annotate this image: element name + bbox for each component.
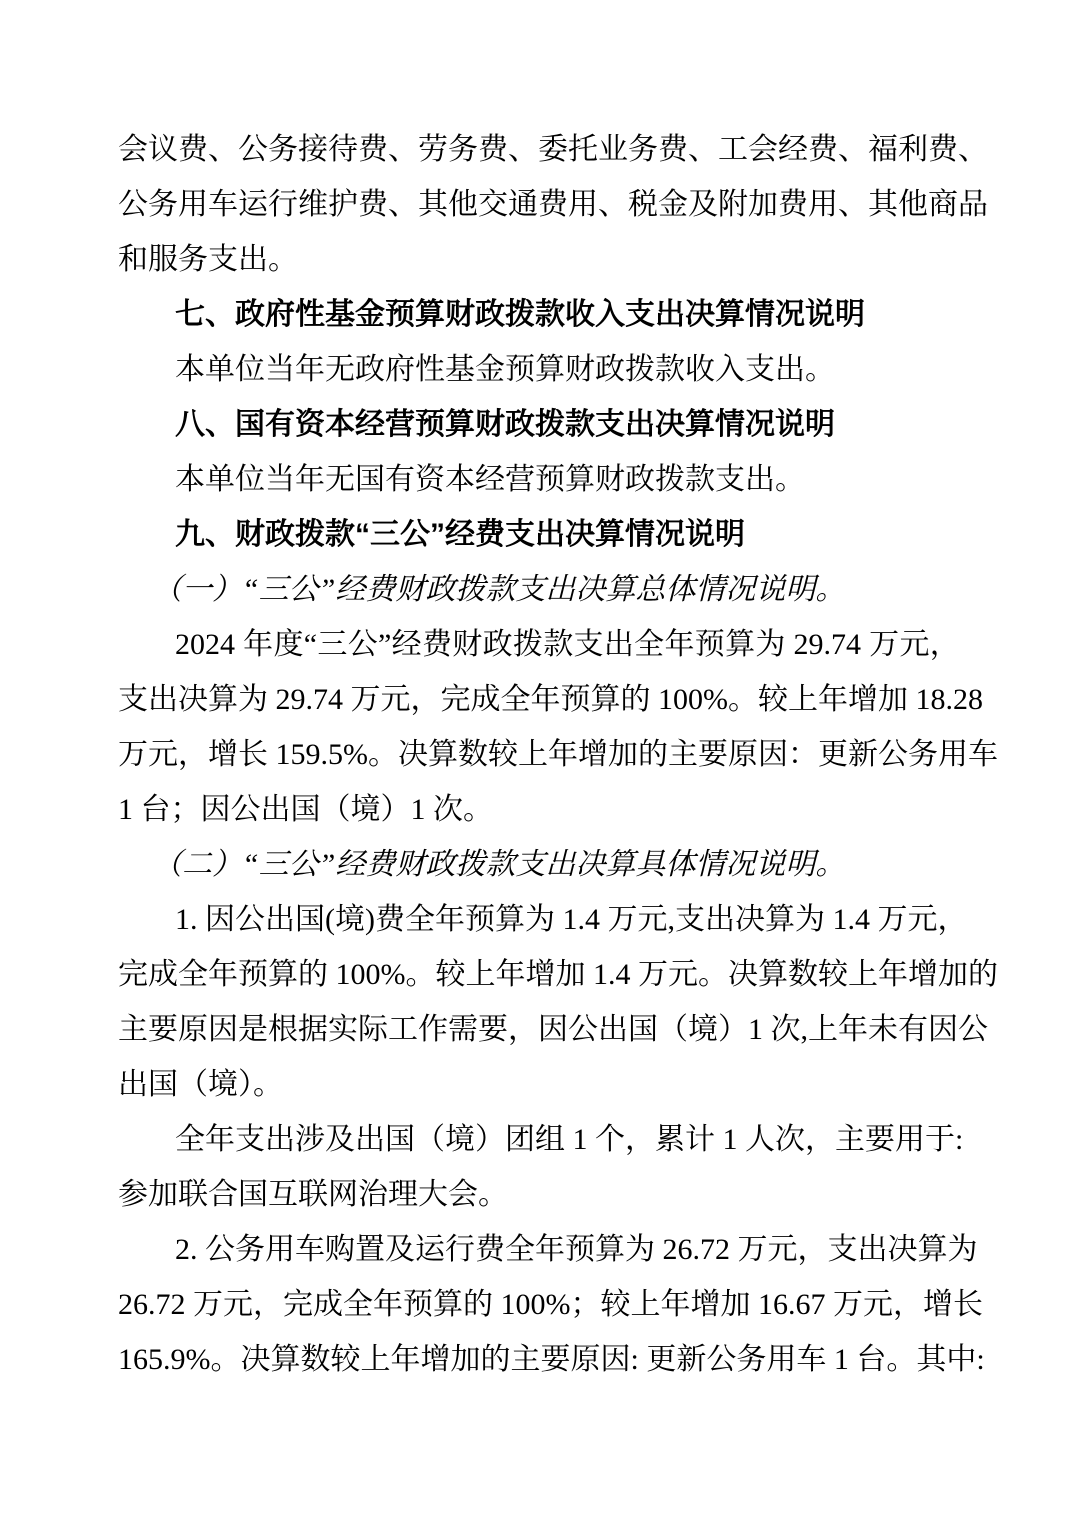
text-token: 的 [463,1277,493,1332]
text-token: 元 [899,617,929,672]
text-token: 加 [556,947,586,1002]
text-token: 。 [728,672,758,727]
text-token: 出 [355,1112,385,1167]
text-token: 费 [358,122,388,177]
text-token: 上 [466,947,496,1002]
text-token: 为 [755,617,785,672]
text-token: 要 [541,1332,571,1387]
text-token: 年 [391,1332,421,1387]
text-token: 年 [435,892,465,947]
paragraph-line: 公务用车运行维护费、其他交通费用、税金及附加费用、其他商品 [118,177,960,232]
text-token: 为 [525,892,555,947]
text-token: 29.74 [276,672,344,727]
text-token [493,1277,501,1332]
text-token: 为 [238,672,268,727]
text-token: 全 [634,617,664,672]
text-token: 购 [325,1222,355,1277]
text-token: 费 [538,177,568,232]
text-token: 新 [848,727,878,782]
text-token [600,892,608,947]
text-token [763,1002,771,1057]
text-token: 元 [638,892,668,947]
text-token: 是 [238,1002,268,1057]
text-token: 26.72 [663,1222,731,1277]
text-token: 他 [898,177,928,232]
text-token: 全 [501,672,531,727]
text-token: 国 [295,892,325,947]
text-token: 支 [828,1222,858,1277]
text-token: 际 [358,1002,388,1057]
text-token: 经 [392,617,422,672]
paragraph-line: 2. 公务用车购置及运行费全年预算为 26.72 万元，支出决算为 [118,1222,960,1277]
text-token: 用 [265,1222,295,1277]
text-token [639,1332,647,1387]
text-token: 较 [818,947,848,1002]
text-token: 加 [721,1277,751,1332]
text-token: 有 [898,1002,928,1057]
text-token: 根 [268,1002,298,1057]
text-token: 未 [868,1002,898,1057]
section-heading: 九、财政拨款“三公”经费支出决算情况说明 [118,507,960,562]
text-token: 费 [808,122,838,177]
text-token: 元 [381,672,411,727]
text-token: 款 [543,617,573,672]
text-token: 用 [178,177,208,232]
text-token: ： [788,727,818,782]
text-token: 万 [608,892,638,947]
text-token: 万 [738,1222,768,1277]
text-token: 车 [295,1222,325,1277]
text-token: 18.28 [916,672,984,727]
text-token: 年 [535,1222,565,1277]
text-token: 其 [868,177,898,232]
text-token [268,727,276,782]
text-token: 会 [748,122,778,177]
text-token: 支 [675,892,705,947]
text-token: 较 [601,1277,631,1332]
text-token: 年 [496,947,526,1002]
text-token: 公 [235,892,265,947]
text-token: 算 [428,727,458,782]
text-token: 。 [698,947,728,1002]
text-token: 原 [571,1332,601,1387]
text-token: 主 [835,1112,865,1167]
section-heading: 七、政府性基金预算财政拨款收入支出决算情况说明 [118,287,960,342]
text-token: 次 [771,1002,801,1057]
text-token: 拨 [513,617,543,672]
text-token: 元 [908,892,938,947]
text-token [849,1332,857,1387]
paragraph-line: 支出决算为 29.74 万元，完成全年预算的 100%。较上年增加 18.28 [118,672,960,727]
text-token: ， [508,1002,538,1057]
paragraph-line: 会议费、公务接待费、劳务费、委托业务费、工会经费、福利费、 [118,122,960,177]
text-token: 因 [205,892,235,947]
text-token: 万 [351,672,381,727]
text-token: 决 [178,672,208,727]
text-token [235,617,243,672]
text-token: 国 [385,1112,415,1167]
text-token: 务 [448,122,478,177]
text-token [198,892,206,947]
text-token: 100% [336,947,406,1002]
text-token: ， [805,1112,835,1167]
text-token: 他 [448,177,478,232]
text-token: ） [718,1002,748,1057]
text-token: 主 [511,1332,541,1387]
text-token: 于 [925,1112,955,1167]
text-token [908,672,916,727]
text-token: 长 [238,727,268,782]
text-token: 工 [388,1002,418,1057]
text-token: 较 [331,1332,361,1387]
text-token: 因 [538,1002,568,1057]
text-token: 境 [335,892,365,947]
text-token: 决 [398,727,428,782]
text-token: 上 [848,947,878,1002]
text-token: 年 [243,617,273,672]
text-token: 福 [868,122,898,177]
text-token: 年 [664,617,694,672]
text-token: ， [625,1112,655,1167]
text-token: 1.4 [593,947,631,1002]
text-token: 数 [301,1332,331,1387]
text-token: 的 [621,672,651,727]
text-token: 因 [208,1002,238,1057]
text-token: ) [365,892,375,947]
text-token: ， [253,1277,283,1332]
text-token: 要 [698,727,728,782]
text-token: 加 [878,672,908,727]
text-token: 决 [241,1332,271,1387]
text-token: 加 [938,947,968,1002]
text-token: 、 [688,122,718,177]
text-token: 年 [818,672,848,727]
text-token: 1. [175,892,198,947]
text-token [730,1222,738,1277]
text-token: 费 [928,122,958,177]
text-token: 1 [834,1332,849,1387]
text-token [555,892,563,947]
text-token: 费 [478,122,508,177]
text-token: 委 [538,122,568,177]
text-token: ” [378,617,391,672]
text-token: 主 [118,1002,148,1057]
text-token: 上 [361,1332,391,1387]
text-token: 作 [418,1002,448,1057]
text-token: 为 [625,1222,655,1277]
text-token [631,947,639,1002]
paragraph-line: 1. 因公出国(境)费全年预算为 1.4 万元,支出决算为 1.4 万元， [118,892,960,947]
text-token: 增 [848,672,878,727]
text-token: 上 [518,727,548,782]
text-token: 车 [968,727,998,782]
text-token: 中 [946,1332,976,1387]
text-token: 年 [838,1002,868,1057]
text-token: 务 [268,122,298,177]
text-token: 算 [495,892,525,947]
text-token: 预 [561,672,591,727]
text-token: ， [938,892,968,947]
text-token: 年 [373,1277,403,1332]
text-token: 更 [646,1332,676,1387]
text-token: , [668,892,676,947]
text-token: 计 [685,1112,715,1167]
text-token: 用 [568,177,598,232]
text-token: 据 [298,1002,328,1057]
text-token: 增 [421,1332,451,1387]
text-token: 公 [706,1332,736,1387]
text-token: 托 [568,122,598,177]
text-token: 1.4 [563,892,601,947]
text-token: 加 [748,177,778,232]
text-token: 原 [728,727,758,782]
text-token: 。 [406,947,436,1002]
text-token: 出 [265,1112,295,1167]
text-token [826,1277,834,1332]
text-token: 、 [508,122,538,177]
text-token: 财 [452,617,482,672]
text-token: 万 [118,727,148,782]
text-token: 1.4 [833,892,871,947]
text-token: 1 [723,1112,738,1167]
text-token: ， [798,1222,828,1277]
text-token: 商 [928,177,958,232]
text-token: 度 [273,617,303,672]
text-token: 算 [758,947,788,1002]
text-token: 100% [501,1277,571,1332]
text-token [198,1222,206,1277]
text-token: 累 [655,1112,685,1167]
text-token: ） [475,1112,505,1167]
text-token: 经 [778,122,808,177]
text-token [651,672,659,727]
text-token: 国 [628,1002,658,1057]
text-token: “ [304,617,317,672]
text-token: 运 [415,1222,445,1277]
text-token: 完 [441,672,471,727]
text-token: 待 [328,122,358,177]
text-token: 万 [833,1277,863,1332]
text-token: 元 [223,1277,253,1332]
text-token: 算 [271,1332,301,1387]
text-token [870,892,878,947]
paragraph-line: 和服务支出。 [118,232,960,287]
text-token: 、 [208,122,238,177]
text-token: 1 [748,1002,763,1057]
text-token: 出 [705,892,735,947]
text-token: 通 [508,177,538,232]
text-token: 金 [658,177,688,232]
text-token: 因 [928,1002,958,1057]
text-token: 务 [908,727,938,782]
text-token: 业 [598,122,628,177]
text-token: 成 [313,1277,343,1332]
text-token: 公 [878,727,908,782]
text-token: 费 [778,177,808,232]
text-token: : [955,1112,963,1167]
text-token [328,947,336,1002]
subsection-heading: （一）“三公”经费财政拨款支出决算总体情况说明。 [118,562,960,617]
text-token: 算 [591,672,621,727]
text-token: 税 [628,177,658,232]
text-token: 因 [601,1332,631,1387]
text-token: 、 [838,177,868,232]
text-token: 加 [608,727,638,782]
text-token: 2024 [175,617,235,672]
text-token: 165.9% [118,1332,211,1387]
paragraph-line: 完成全年预算的 100%。较上年增加 1.4 万元。决算数较上年增加的 [118,947,960,1002]
text-token: 工 [718,122,748,177]
text-token [826,1332,834,1387]
text-token [786,617,794,672]
text-token: 公 [958,1002,988,1057]
text-token: 算 [725,617,755,672]
paragraph-line: 本单位当年无政府性基金预算财政拨款收入支出。 [118,342,960,397]
text-token: 、 [838,122,868,177]
text-token: 决 [728,947,758,1002]
text-token: ， [893,1277,923,1332]
text-token: 算 [765,892,795,947]
text-token: 台 [856,1332,886,1387]
text-token: 1 [573,1112,588,1167]
text-token: 劳 [418,122,448,177]
text-token: 增 [208,727,238,782]
text-token: 决 [735,892,765,947]
text-token: 出 [858,1222,888,1277]
text-token: 元 [863,1277,893,1332]
text-token: 组 [535,1112,565,1167]
text-token: 的 [638,727,668,782]
text-token: 29.74 [794,617,862,672]
text-token: 出 [604,617,634,672]
text-token: 元 [668,947,698,1002]
text-token: 支 [574,617,604,672]
text-token: ( [325,892,335,947]
text-token: 三 [317,617,347,672]
text-token: 算 [268,947,298,1002]
text-token: 公 [568,1002,598,1057]
text-token: ， [930,617,960,672]
text-token: 26.72 [118,1277,186,1332]
text-token: 加 [451,1332,481,1387]
text-token: 及 [688,177,718,232]
text-token: 全 [405,892,435,947]
text-token: 支 [235,1112,265,1167]
text-token: 品 [958,177,988,232]
text-token: 车 [208,177,238,232]
text-token: ； [571,1277,601,1332]
text-token: 会 [118,122,148,177]
text-token: 、 [388,177,418,232]
text-token: 较 [758,672,788,727]
paragraph-line: 本单位当年无国有资本经营预算财政拨款支出。 [118,452,960,507]
text-token: 要 [148,1002,178,1057]
text-token: 年 [205,1112,235,1167]
text-token: 主 [668,727,698,782]
text-token: 较 [436,947,466,1002]
text-token: 需 [448,1002,478,1057]
text-token: 务 [736,1332,766,1387]
text-token: 利 [898,122,928,177]
text-token: 万 [193,1277,223,1332]
text-token: 实 [328,1002,358,1057]
text-token: 用 [895,1112,925,1167]
text-token: 车 [796,1332,826,1387]
text-token: 及 [325,1112,355,1167]
text-token: 。 [211,1332,241,1387]
text-token: 务 [148,177,178,232]
text-token: 增 [578,727,608,782]
text-token [751,1277,759,1332]
text-token: 新 [676,1332,706,1387]
text-token: 境 [688,1002,718,1057]
text-token: 。 [886,1332,916,1387]
text-token: 、 [388,122,418,177]
text-token: 全 [175,1112,205,1167]
text-token: 元 [148,727,178,782]
paragraph-line: 万元，增长 159.5%。决算数较上年增加的主要原因：更新公务用车 [118,727,960,782]
text-token: 团 [505,1112,535,1167]
text-token: 增 [923,1277,953,1332]
text-token: ， [178,727,208,782]
paragraph-line: 参加联合国互联网治理大会。 [118,1167,960,1222]
text-token: 其 [418,177,448,232]
subsection-heading: （二）“三公”经费财政拨款支出决算具体情况说明。 [118,837,960,892]
text-token: 接 [298,122,328,177]
text-token: 次 [775,1112,805,1167]
text-token: 费 [375,892,405,947]
text-token: 因 [758,727,788,782]
text-token: 上 [631,1277,661,1332]
text-token: 2. [175,1222,198,1277]
document-content: 会议费、公务接待费、劳务费、委托业务费、工会经费、福利费、公务用车运行维护费、其… [118,122,960,1387]
document-page: 会议费、公务接待费、劳务费、委托业务费、工会经费、福利费、公务用车运行维护费、其… [0,0,1074,1520]
paragraph-line: 165.9%。决算数较上年增加的主要原因: 更新公务用车 1 台。其中: [118,1332,960,1387]
text-token [565,1112,573,1167]
text-token: 成 [471,672,501,727]
text-token: （ [415,1112,445,1167]
text-token: ， [411,672,441,727]
text-token: 行 [268,177,298,232]
text-token: 个 [595,1112,625,1167]
text-token: 算 [918,1222,948,1277]
text-token [655,1222,663,1277]
text-token: 更 [818,727,848,782]
text-token: 支 [118,672,148,727]
text-token: 全 [505,1222,535,1277]
text-token: 、 [958,122,988,177]
text-token: 费 [178,122,208,177]
text-token: 元 [768,1222,798,1277]
section-heading: 八、国有资本经营预算财政拨款支出决算情况说明 [118,397,960,452]
text-token: 年 [661,1277,691,1332]
text-token: （ [658,1002,688,1057]
text-token: 交 [478,177,508,232]
text-token: 及 [385,1222,415,1277]
text-token: 算 [208,672,238,727]
text-token: 预 [465,892,495,947]
text-token: 公 [238,122,268,177]
text-token: 增 [691,1277,721,1332]
text-token: 行 [445,1222,475,1277]
text-token: 预 [565,1222,595,1277]
text-token: 全 [343,1277,373,1332]
text-token: 万 [638,947,668,1002]
text-token: 数 [458,727,488,782]
text-token: 万 [869,617,899,672]
text-token: 完 [118,947,148,1002]
paragraph-line: 1 台；因公出国（境）1 次。 [118,782,960,837]
